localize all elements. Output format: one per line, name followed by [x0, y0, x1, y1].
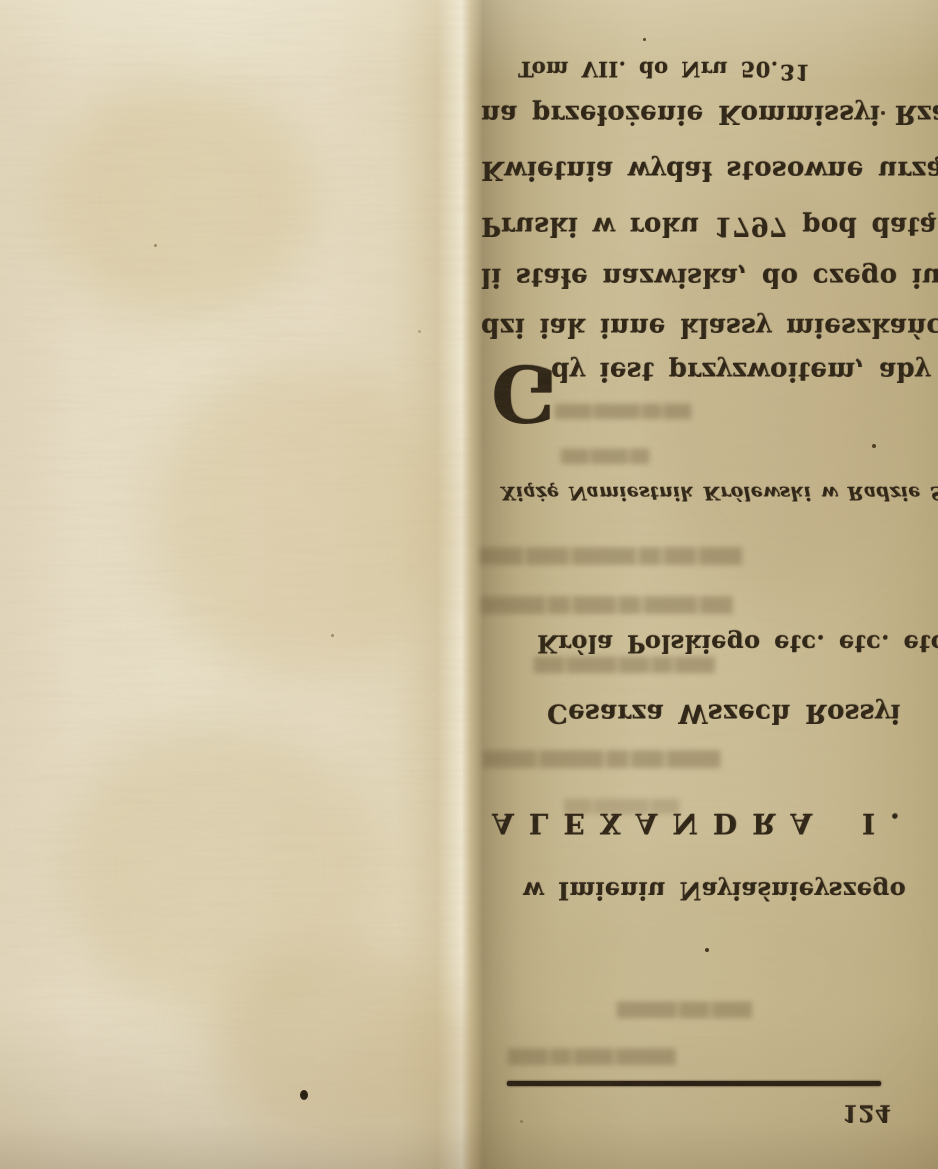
title-imieniu-line: w Imieniu Nayiaśnieyszego — [523, 877, 906, 905]
body-line: Kwietnia wydał stosowne urządzenie, — [481, 154, 938, 184]
paragraph-initial: G — [491, 355, 558, 429]
title-name-line: ALEXANDRA I. — [492, 807, 915, 839]
book-scan: ███ ██ █████ ████ ██ ████ ███ ████ ███ █… — [0, 0, 938, 1169]
body-line: na przełożenie Kommissyi Rządowey — [481, 98, 938, 128]
footer-sheet-number: 31 — [780, 60, 810, 84]
separator-rule — [507, 1081, 881, 1086]
body-line: dzi iak inne klassy mieszkańców mie- — [481, 311, 938, 341]
subscription-line: Xiążę Namiestnik Królewski w Radzie Stan… — [501, 481, 938, 503]
title-cesarza-line: Cesarza Wszech Rossyi — [547, 697, 901, 727]
body-line: Pruski w roku 1797 pod datą 17. — [481, 210, 938, 240]
paragraph-first-line: dy iest przyzwoitem, aby i ży- — [551, 355, 938, 385]
footer-volume-ref: Tom VII. do Nru 50. — [518, 57, 778, 81]
title-krola-line: Króla Polskiego etc. etc. etc. — [537, 630, 938, 658]
body-line: li stałe nazwiska, do czego iuż Rząd — [481, 261, 938, 291]
page-number-mark: 124 — [842, 1099, 891, 1125]
